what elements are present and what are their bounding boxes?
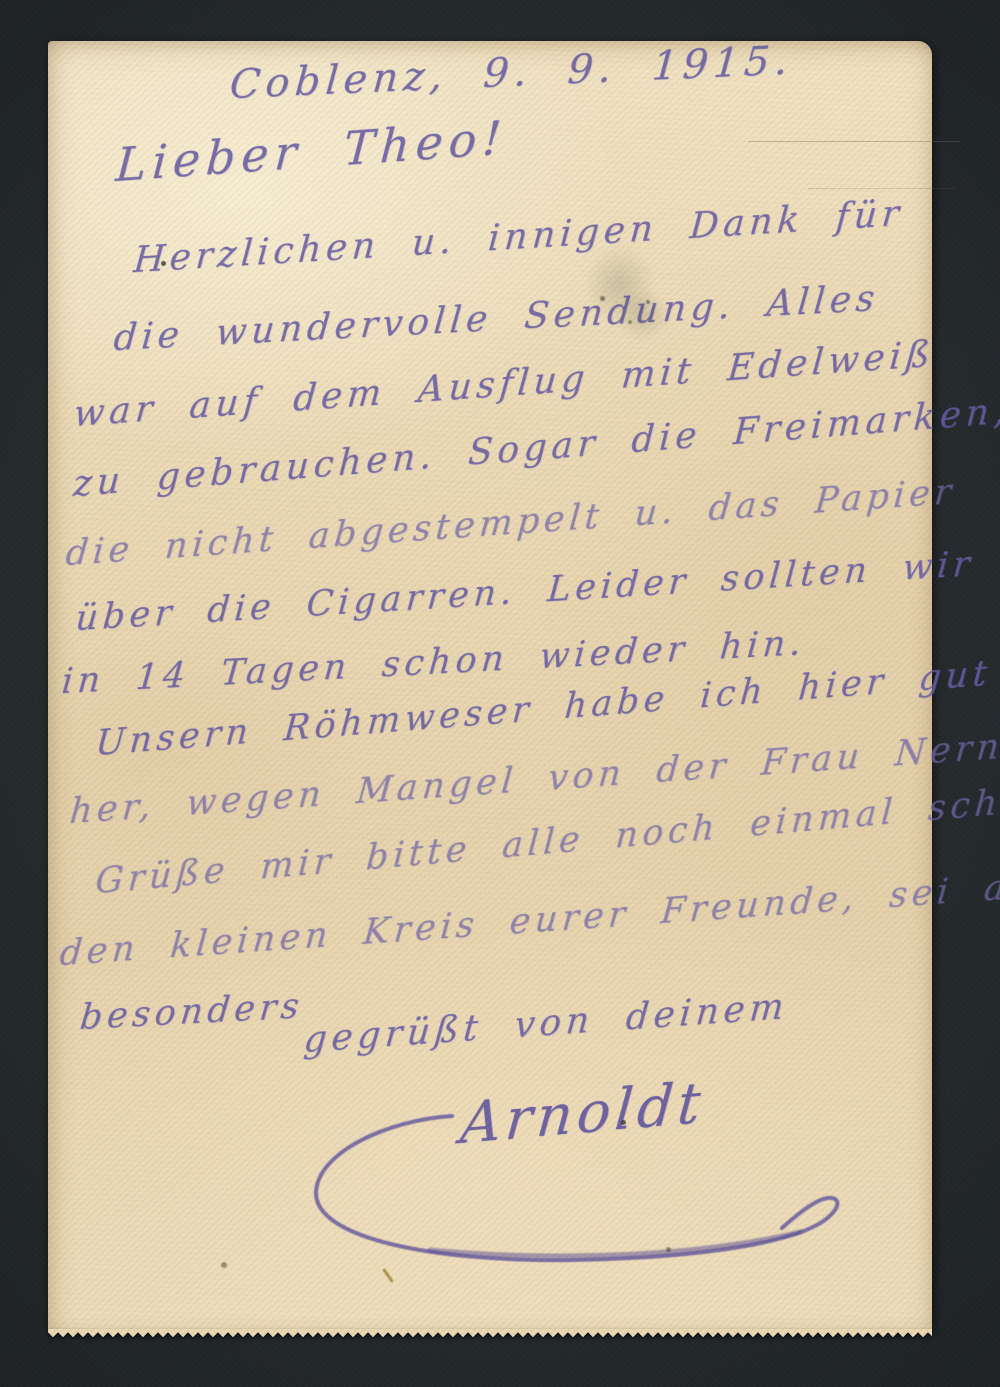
perforated-edge [48,1329,932,1337]
postmark-smudge [615,290,670,340]
ink-speck [621,1120,626,1125]
photo-backdrop: Coblenz, 9. 9. 1915. Lieber Theo! Herzli… [0,0,1000,1387]
foxing-spot [666,1247,671,1252]
ink-speck [161,261,166,266]
ink-speck [628,320,632,324]
printed-date-rule [808,188,956,189]
ink-speck [646,300,650,304]
foxing-spot [221,1262,227,1268]
printed-date-rule [748,141,960,142]
ink-speck [600,296,605,301]
